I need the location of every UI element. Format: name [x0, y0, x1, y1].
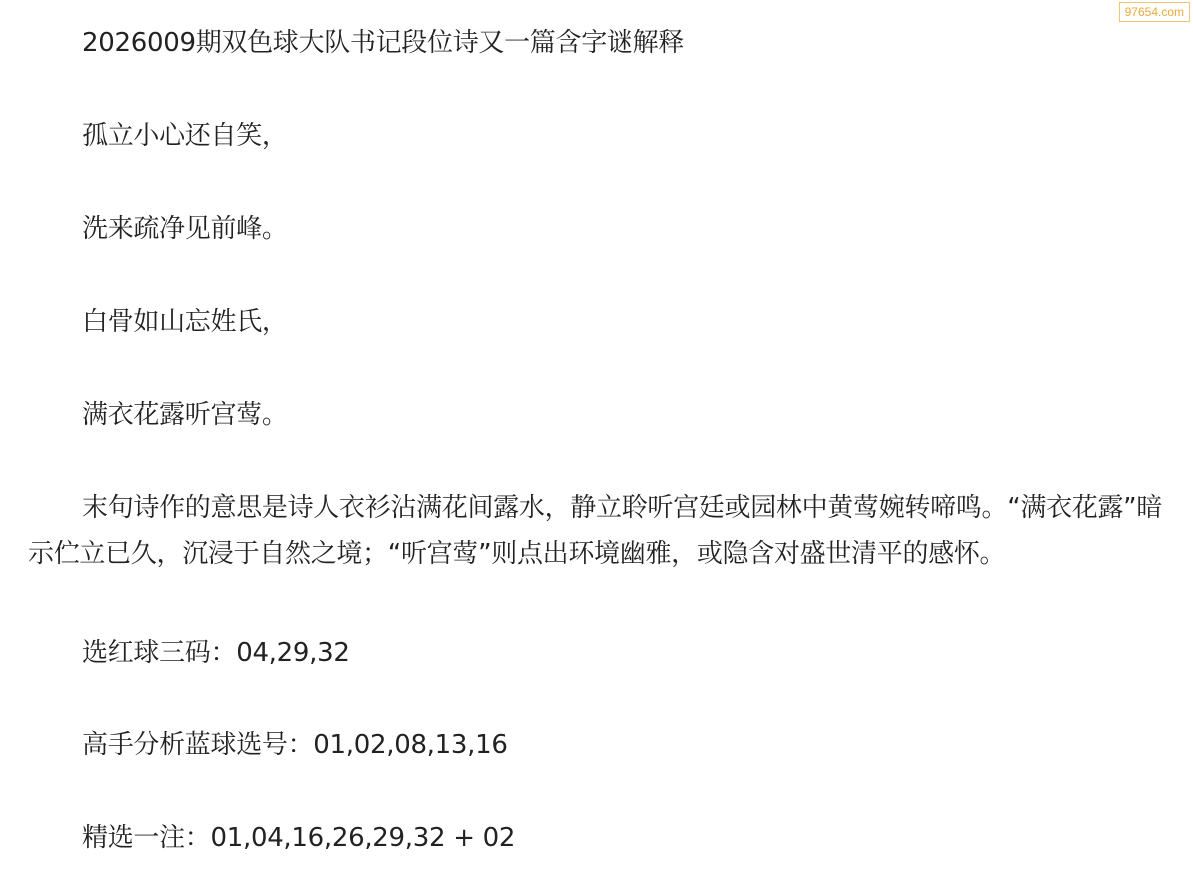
- red-ball-picks: 选红球三码：04,29,32: [28, 630, 1178, 676]
- poem-line-2: 洗来疏净见前峰。: [28, 206, 1178, 252]
- poem-line-4: 满衣花露听宫莺。: [28, 392, 1178, 438]
- article-title: 2026009期双色球大队书记段位诗又一篇含字谜解释: [28, 20, 1178, 66]
- explanation-paragraph: 末句诗作的意思是诗人衣衫沾满花间露水，静立聆听宫廷或园林中黄莺婉转啼鸣。“满衣花…: [28, 485, 1178, 577]
- single-bet-pick: 精选一注：01,04,16,26,29,32 + 02: [28, 815, 1178, 861]
- blue-ball-picks: 高手分析蓝球选号：01,02,08,13,16: [28, 722, 1178, 768]
- site-watermark: 97654.com: [1119, 2, 1190, 22]
- poem-line-1: 孤立小心还自笑，: [28, 113, 1178, 159]
- poem-line-3: 白骨如山忘姓氏，: [28, 299, 1178, 345]
